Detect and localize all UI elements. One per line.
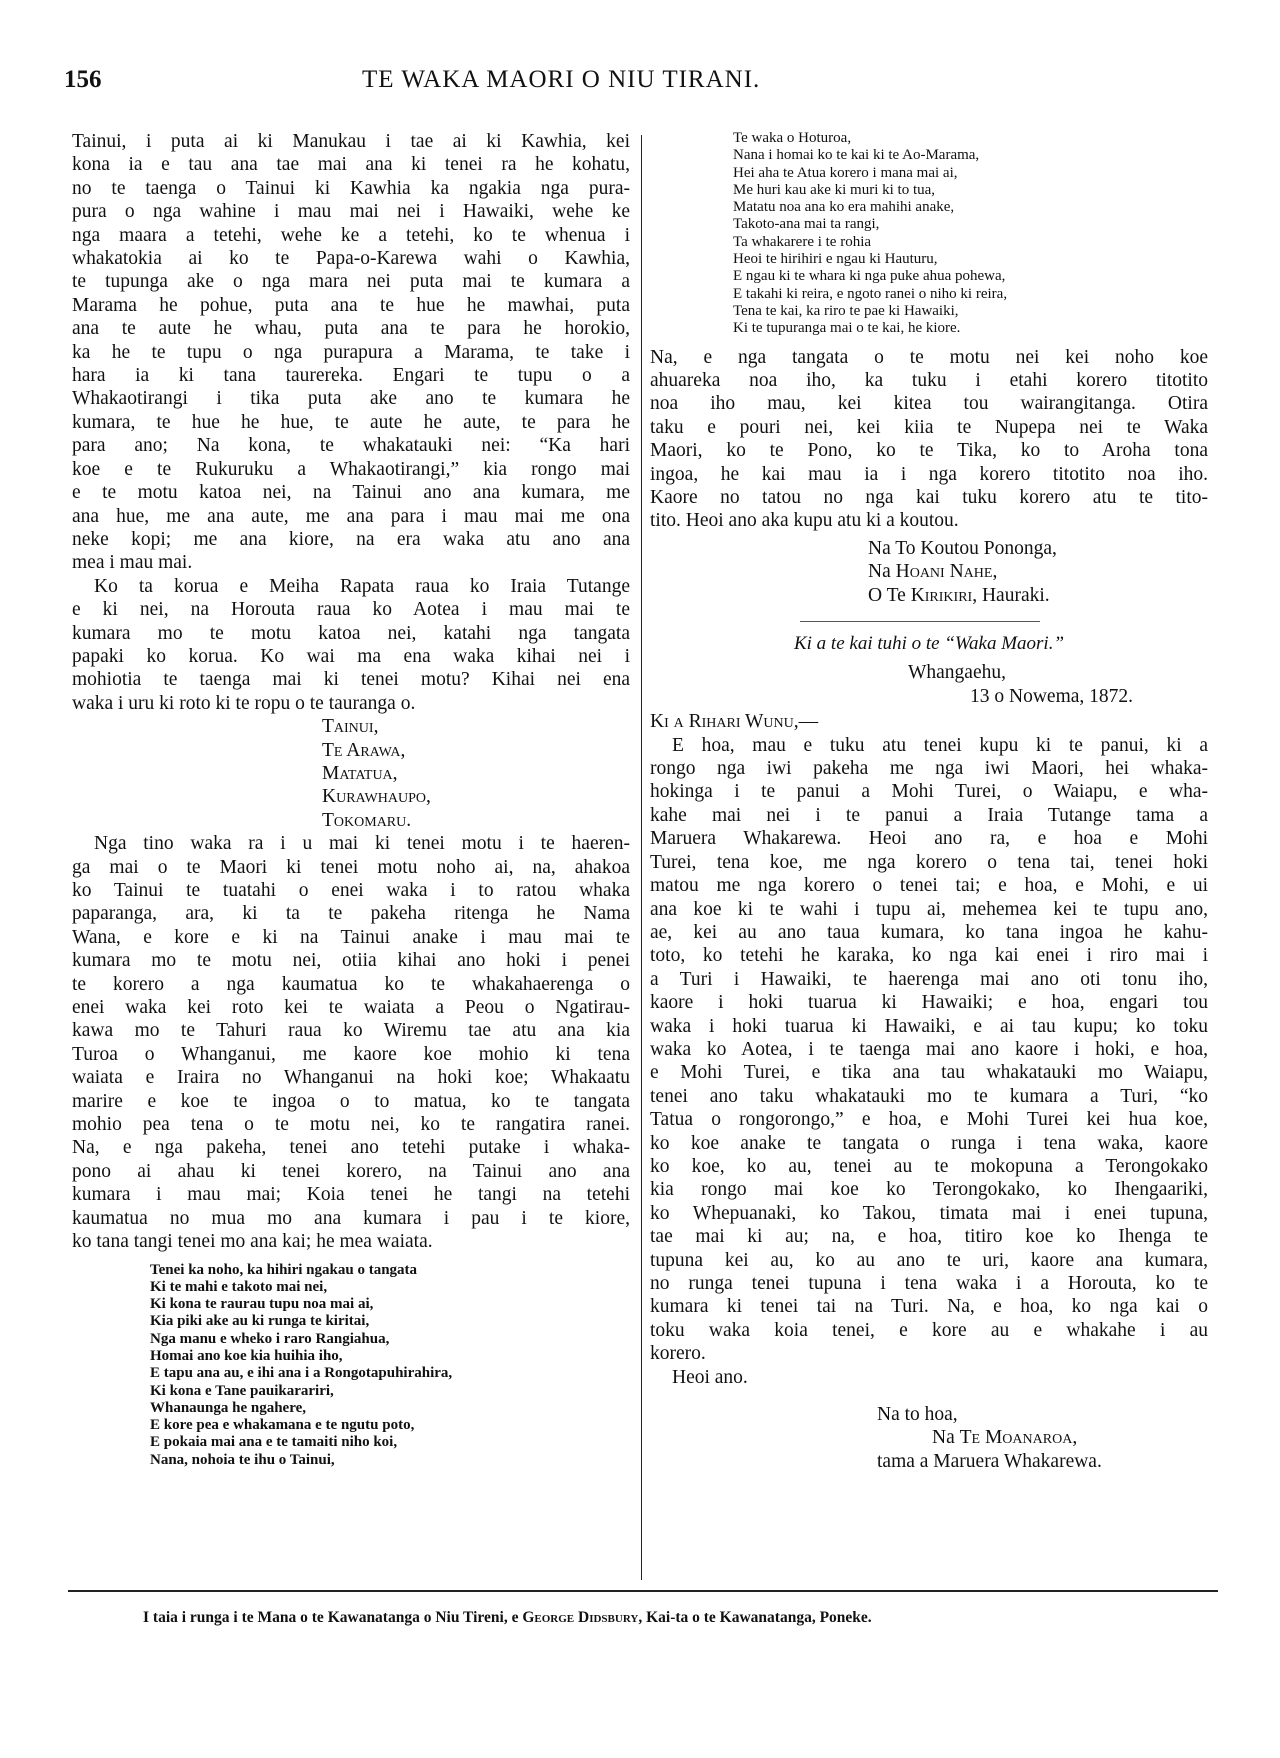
text-line: toto, ko tetehi he karaka, ko nga kai en… (650, 944, 1208, 967)
poem-line: E kore pea e whakamana e te ngutu poto, (150, 1417, 630, 1434)
text-line: pono ai ahau ki tenei korero, na Tainui … (72, 1160, 630, 1183)
text-line: korero. (650, 1342, 1208, 1365)
poem-line: Tenei ka noho, ka hihiri ngakau o tangat… (150, 1262, 630, 1279)
text-line: Turoa o Whanganui, me kaore koe mohio ki… (72, 1043, 630, 1066)
text-line: waiata e Iraira no Whanganui na hoki koe… (72, 1066, 630, 1089)
printer-imprint: I taia i runga i te Mana o te Kawanatang… (143, 1609, 872, 1627)
text-line: mohiotia te taenga mai ki tenei motu? Ki… (72, 668, 630, 691)
poem-line: E tapu ana au, e ihi ana i a Rongotapuhi… (150, 1365, 630, 1382)
text-line: no runga tenei tupuna i tena waka i a Ho… (650, 1272, 1208, 1295)
poem-line: Kia piki ake au ki runga te kiritai, (150, 1313, 630, 1330)
text-line: no te taenga o Tainui ki Kawhia ka ngaki… (72, 177, 630, 200)
text-line: Na, e nga pakeha, tenei ano tetehi putak… (72, 1136, 630, 1159)
poem-line: Nga manu e wheko i raro Rangiahua, (150, 1331, 630, 1348)
text-line: kumara mo te motu katoa nei, katahi nga … (72, 622, 630, 645)
text-line: Whakaotirangi i tika puta ake ano te kum… (72, 387, 630, 410)
poem-line: Tena te kai, ka riro te pae ki Hawaiki, (733, 303, 1208, 320)
poem-line: E pokaia mai ana e te tamaiti niho koi, (150, 1434, 630, 1451)
text-line: E hoa, mau e tuku atu tenei kupu ki te p… (650, 734, 1208, 757)
poem-line: Ki te tupuranga mai o te kai, he kiore. (733, 320, 1208, 337)
canoe-list: Tainui,Te Arawa,Matatua,Kurawhaupo,Tokom… (322, 715, 630, 832)
text-line: Turei, tena koe, me nga korero o tena ta… (650, 851, 1208, 874)
text-line: pura o nga wahine i mau mai nei i Hawaik… (72, 200, 630, 223)
poem-line: Heoi te hirihiri e ngau ki Hauturu, (733, 251, 1208, 268)
text-line: waka i uru ki roto ki te ropu o te taura… (72, 692, 630, 715)
text-line: mea i mau mai. (72, 551, 630, 574)
text-line: waka ko Aotea, i te taenga mai ano kaore… (650, 1038, 1208, 1061)
poem-line: Ki kona e Tane pauikarariri, (150, 1383, 630, 1400)
text-line: Wana, e kore e ki na Tainui anake i mau … (72, 926, 630, 949)
letter-heading: Ki a te kai tuhi o te “Waka Maori.” (650, 632, 1208, 655)
text-line: kawa mo te Tahuri raua ko Wiremu tae atu… (72, 1019, 630, 1042)
text-line: tae mai ki au; na, e hoa, titiro koe ko … (650, 1225, 1208, 1248)
signature-hoani-nahe: Na To Koutou Pononga, Na Hoani Nahe, O T… (868, 537, 1208, 607)
text-line: Ko ta korua e Meiha Rapata raua ko Iraia… (72, 575, 630, 598)
poem-line: Homai ano koe kia huihia iho, (150, 1348, 630, 1365)
poem-line: E ngau ki te whara ki nga puke ahua pohe… (733, 268, 1208, 285)
text-line: whakatokia ai ko te Papa-o-Karewa wahi o… (72, 247, 630, 270)
text-line: ae, kei au ano taua kumara, ko tana ingo… (650, 921, 1208, 944)
text-line: ana te aute he whau, puta ana te para he… (72, 317, 630, 340)
text-line: Nga tino waka ra i u mai ki tenei motu i… (72, 832, 630, 855)
text-line: rongo nga iwi pakeha me nga iwi Maori, h… (650, 757, 1208, 780)
text-line: kumara, te hue he hue, te aute he aute, … (72, 411, 630, 434)
text-line: ingoa, he kai mau ia i nga korero titoti… (650, 463, 1208, 486)
left-column: Tainui, i puta ai ki Manukau i tae ai ki… (72, 130, 630, 1469)
printer-name: George Didsbury (522, 1609, 638, 1626)
text-line: e te motu katoa nei, na Tainui ano ana k… (72, 481, 630, 504)
text-line: ka he te tupu o nga purapura a Marama, t… (72, 341, 630, 364)
text-line: Na, e nga tangata o te motu nei kei noho… (650, 346, 1208, 369)
text-line: Maori, ko te Pono, ko te Tika, ko to Aro… (650, 439, 1208, 462)
letter-salutation: Ki a Rihari Wunu,— (650, 710, 1208, 733)
text-line: kahe mai nei i te panui a Iraia Tutange … (650, 804, 1208, 827)
canoe-name: Te Arawa, (322, 739, 630, 762)
text-line: Tainui, i puta ai ki Manukau i tae ai ki… (72, 130, 630, 153)
text-line: paparanga, ara, ki ta te pakeha ritenga … (72, 902, 630, 925)
text-line: tupuna kei au, ko au ano te uri, kaore a… (650, 1249, 1208, 1272)
text-line: koe e te Rukuruku a Whakaotirangi,” kia … (72, 458, 630, 481)
poem-line: Nana, nohoia te ihu o Tainui, (150, 1452, 630, 1469)
text-line: ana hue, me ana aute, me ana para i mau … (72, 505, 630, 528)
canoe-name: Tainui, (322, 715, 630, 738)
poem-line: Nana i homai ko te kai ki te Ao-Marama, (733, 147, 1208, 164)
author-name: Hoani Nahe (896, 561, 993, 582)
text-line: kumara mo te motu nei, otiia kihai ano h… (72, 949, 630, 972)
poem-line: Whanaunga he ngahere, (150, 1400, 630, 1417)
letter-place: Whangaehu, (908, 661, 1208, 684)
poem-line: Ki te mahi e takoto mai nei, (150, 1279, 630, 1296)
column-divider (641, 135, 642, 1580)
lament-poem: Tenei ka noho, ka hihiri ngakau o tangat… (150, 1262, 630, 1470)
text-line: Kaore no tatou no nga kai tuku korero at… (650, 486, 1208, 509)
text-line: kaore i hoki tuarua ki Hawaiki; e hoa, e… (650, 991, 1208, 1014)
text-line: ga mai o te Maori ki tenei motu noho ai,… (72, 856, 630, 879)
text-line: tito. Heoi ano aka kupu atu ki a koutou. (650, 509, 1208, 532)
canoe-name: Kurawhaupo, (322, 785, 630, 808)
text-line: kumara i mau mai; Koia tenei he tangi na… (72, 1183, 630, 1206)
signature-line: tama a Maruera Whakarewa. (877, 1450, 1208, 1473)
author-name: Te Moanaroa (960, 1427, 1073, 1448)
text-line: ahuareka noa iho, ka tuku i etahi korero… (650, 369, 1208, 392)
letter-closing: Heoi ano. (650, 1366, 1208, 1389)
letter-date: 13 o Nowema, 1872. (970, 685, 1208, 708)
lament-poem-continued: Te waka o Hoturoa,Nana i homai ko te kai… (733, 130, 1208, 338)
signature-line: Na Te Moanaroa, (932, 1426, 1208, 1449)
text-line: tenei ano taku whakatauki mo te kumara a… (650, 1085, 1208, 1108)
text-line: te korero a nga kaumatua ko te whakahaer… (72, 973, 630, 996)
text-line: Maruera Whakarewa. Heoi ano ra, e hoa e … (650, 827, 1208, 850)
text-line: hara ia ki tana taurereka. Engari te tup… (72, 364, 630, 387)
text-line: neke kopi; me ana kiore, na era waka atu… (72, 528, 630, 551)
place-name: Kirikiri (911, 585, 973, 606)
poem-line: Te waka o Hoturoa, (733, 130, 1208, 147)
poem-line: Me huri kau ake ki muri ki to tua, (733, 182, 1208, 199)
signature-line: Na To Koutou Pononga, (868, 537, 1208, 560)
signature-te-moanaroa: Na to hoa, Na Te Moanaroa, tama a Maruer… (650, 1403, 1208, 1473)
publication-title: TE WAKA MAORI O NIU TIRANI. (362, 66, 760, 94)
poem-line: Matatu noa ana ko era mahihi anake, (733, 199, 1208, 216)
text-line: noa iho mau, kei kitea tou wairangitanga… (650, 392, 1208, 415)
poem-line: Ta whakarere i te rohia (733, 234, 1208, 251)
text-line: mohio pea tena o te motu nei, ko te rang… (72, 1113, 630, 1136)
signature-line: Na to hoa, (877, 1403, 1208, 1426)
text-line: matou me nga korero o tenei tai; e hoa, … (650, 874, 1208, 897)
text-line: nga maara a tetehi, wehe ke a tetehi, ko… (72, 224, 630, 247)
text-line: ko Tainui te tuatahi o enei waka i to ra… (72, 879, 630, 902)
section-divider (800, 621, 1040, 622)
signature-line: Na Hoani Nahe, (868, 560, 1208, 583)
text-line: te tupunga ake o nga mara nei puta mai t… (72, 270, 630, 293)
text-line: Marama he pohue, puta ana te hue he mawh… (72, 294, 630, 317)
text-line: waka i hoki tuarua ki Hawaiki, e ai tau … (650, 1015, 1208, 1038)
canoe-name: Tokomaru. (322, 809, 630, 832)
text-line: enei waka kei roto kei te waiata a Peou … (72, 996, 630, 1019)
text-line: ko tana tangi tenei mo ana kai; he mea w… (72, 1230, 630, 1253)
text-line: kaumatua no mua mo ana kumara i pau i te… (72, 1207, 630, 1230)
text-line: kona ia e tau ana tae mai ana ki tenei r… (72, 153, 630, 176)
text-line: marire e koe te ingoa o to matua, ko te … (72, 1090, 630, 1113)
text-line: para ano; Na kona, te whakatauki nei: “K… (72, 434, 630, 457)
signature-line: O Te Kirikiri, Hauraki. (868, 584, 1208, 607)
page-number: 156 (64, 66, 102, 94)
text-line: taku e pouri nei, kei kiia te Nupepa nei… (650, 416, 1208, 439)
text-line: ko Whepuanaki, ko Takou, timata mai i en… (650, 1202, 1208, 1225)
text-line: toku waka koia tenei, e kore au e whakah… (650, 1319, 1208, 1342)
text-line: ko koe, ko au, tenei au te mokopuna a Te… (650, 1155, 1208, 1178)
paragraph-te-moanaroa-letter: E hoa, mau e tuku atu tenei kupu ki te p… (650, 734, 1208, 1366)
text-line: e ki nei, na Horouta raua ko Aotea i mau… (72, 598, 630, 621)
text-line: Tatua o rongorongo,” e hoa, e Mohi Turei… (650, 1108, 1208, 1131)
footer-rule (68, 1590, 1218, 1592)
poem-line: Ki kona te raurau tupu noa mai ai, (150, 1296, 630, 1313)
poem-line: E takahi ki reira, e ngoto ranei o niho … (733, 286, 1208, 303)
text-line: kumara ki tenei tai na Turi. Na, e hoa, … (650, 1295, 1208, 1318)
text-line: e Mohi Turei, e tika ana tau whakatauki … (650, 1061, 1208, 1084)
paragraph-hoani-nahe-letter: Na, e nga tangata o te motu nei kei noho… (650, 346, 1208, 533)
text-line: hokinga i te panui a Mohi Turei, o Waiap… (650, 780, 1208, 803)
text-line: kia rongo mai koe ko Terongokako, ko Ihe… (650, 1178, 1208, 1201)
poem-line: Takoto-ana mai ta rangi, (733, 216, 1208, 233)
text-line: papaki ko korua. Ko wai ma ena waka kiha… (72, 645, 630, 668)
text-line: ko koe anake te tangata o runga i tena w… (650, 1132, 1208, 1155)
paragraph-nga-tino-waka: Nga tino waka ra i u mai ki tenei motu i… (72, 832, 630, 1253)
paragraph-meiha-rapata: Ko ta korua e Meiha Rapata raua ko Iraia… (72, 575, 630, 715)
paragraph-tainui-origins: Tainui, i puta ai ki Manukau i tae ai ki… (72, 130, 630, 575)
text-line: a Turi i Hawaiki, te haerenga mai ano ot… (650, 968, 1208, 991)
poem-line: Hei aha te Atua korero i mana mai ai, (733, 165, 1208, 182)
right-column: Te waka o Hoturoa,Nana i homai ko te kai… (650, 130, 1208, 1473)
canoe-name: Matatua, (322, 762, 630, 785)
text-line: ana koe ki te wahi i tupu ai, mehemea ke… (650, 898, 1208, 921)
